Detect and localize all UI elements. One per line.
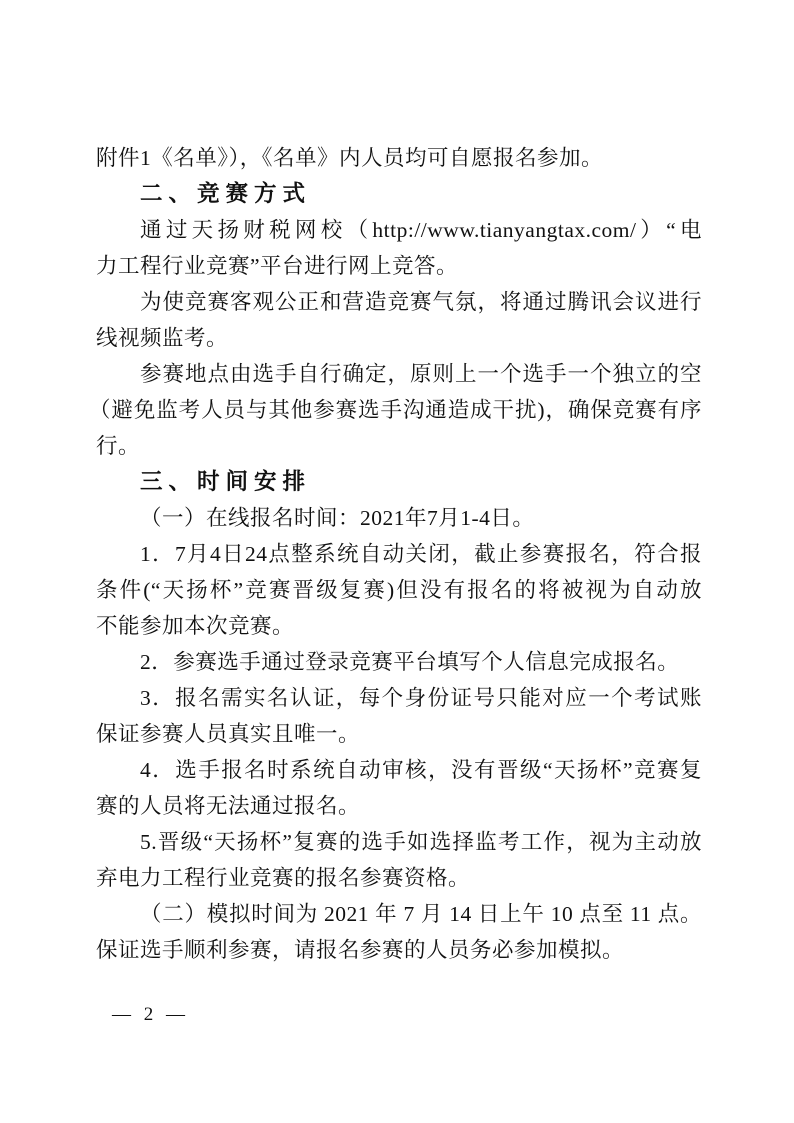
text-line: 参赛地点由选手自行确定，原则上一个选手一个独立的空间 xyxy=(96,356,702,392)
text-line: 为使竞赛客观公正和营造竞赛气氛，将通过腾讯会议进行在 xyxy=(96,284,702,320)
text-line: 条件(“天扬杯”竞赛晋级复赛)但没有报名的将被视为自动放弃， xyxy=(96,572,702,608)
section-heading-2: 二、竞赛方式 xyxy=(96,176,702,212)
text-line: 行。 xyxy=(96,428,702,464)
text-line: 1．7月4日24点整系统自动关闭，截止参赛报名，符合报名 xyxy=(96,536,702,572)
text-line: 保证选手顺利参赛，请报名参赛的人员务必参加模拟。 xyxy=(96,932,702,968)
document-body: 附件1《名单》），《名单》内人员均可自愿报名参加。 二、竞赛方式 通过天扬财税网… xyxy=(96,140,702,968)
text-line: 保证参赛人员真实且唯一。 xyxy=(96,716,702,752)
text-line: 通过天扬财税网校（http://www.tianyangtax.com/）“电 xyxy=(96,212,702,248)
page-number: — 2 — xyxy=(112,1002,189,1028)
text-line: 不能参加本次竞赛。 xyxy=(96,608,702,644)
text-line: 3．报名需实名认证，每个身份证号只能对应一个考试账号， xyxy=(96,680,702,716)
text-line: 线视频监考。 xyxy=(96,320,702,356)
text-line: 附件1《名单》），《名单》内人员均可自愿报名参加。 xyxy=(96,140,702,176)
text-line: 5.晋级“天扬杯”复赛的选手如选择监考工作，视为主动放 xyxy=(96,824,702,860)
text-line: 赛的人员将无法通过报名。 xyxy=(96,788,702,824)
text-line: 力工程行业竞赛”平台进行网上竞答。 xyxy=(96,248,702,284)
text-line: （一）在线报名时间：2021年7月1-4日。 xyxy=(96,500,702,536)
document-page: 附件1《名单》），《名单》内人员均可自愿报名参加。 二、竞赛方式 通过天扬财税网… xyxy=(0,0,794,1123)
text-line: （二）模拟时间为 2021 年 7 月 14 日上午 10 点至 11 点。为 xyxy=(96,896,702,932)
text-line: 2．参赛选手通过登录竞赛平台填写个人信息完成报名。 xyxy=(96,644,702,680)
section-heading-3: 三、时间安排 xyxy=(96,464,702,500)
text-line: 4．选手报名时系统自动审核，没有晋级“天扬杯”竞赛复 xyxy=(96,752,702,788)
text-line: 弃电力工程行业竞赛的报名参赛资格。 xyxy=(96,860,702,896)
text-line: （避免监考人员与其他参赛选手沟通造成干扰)，确保竞赛有序进 xyxy=(89,392,702,428)
